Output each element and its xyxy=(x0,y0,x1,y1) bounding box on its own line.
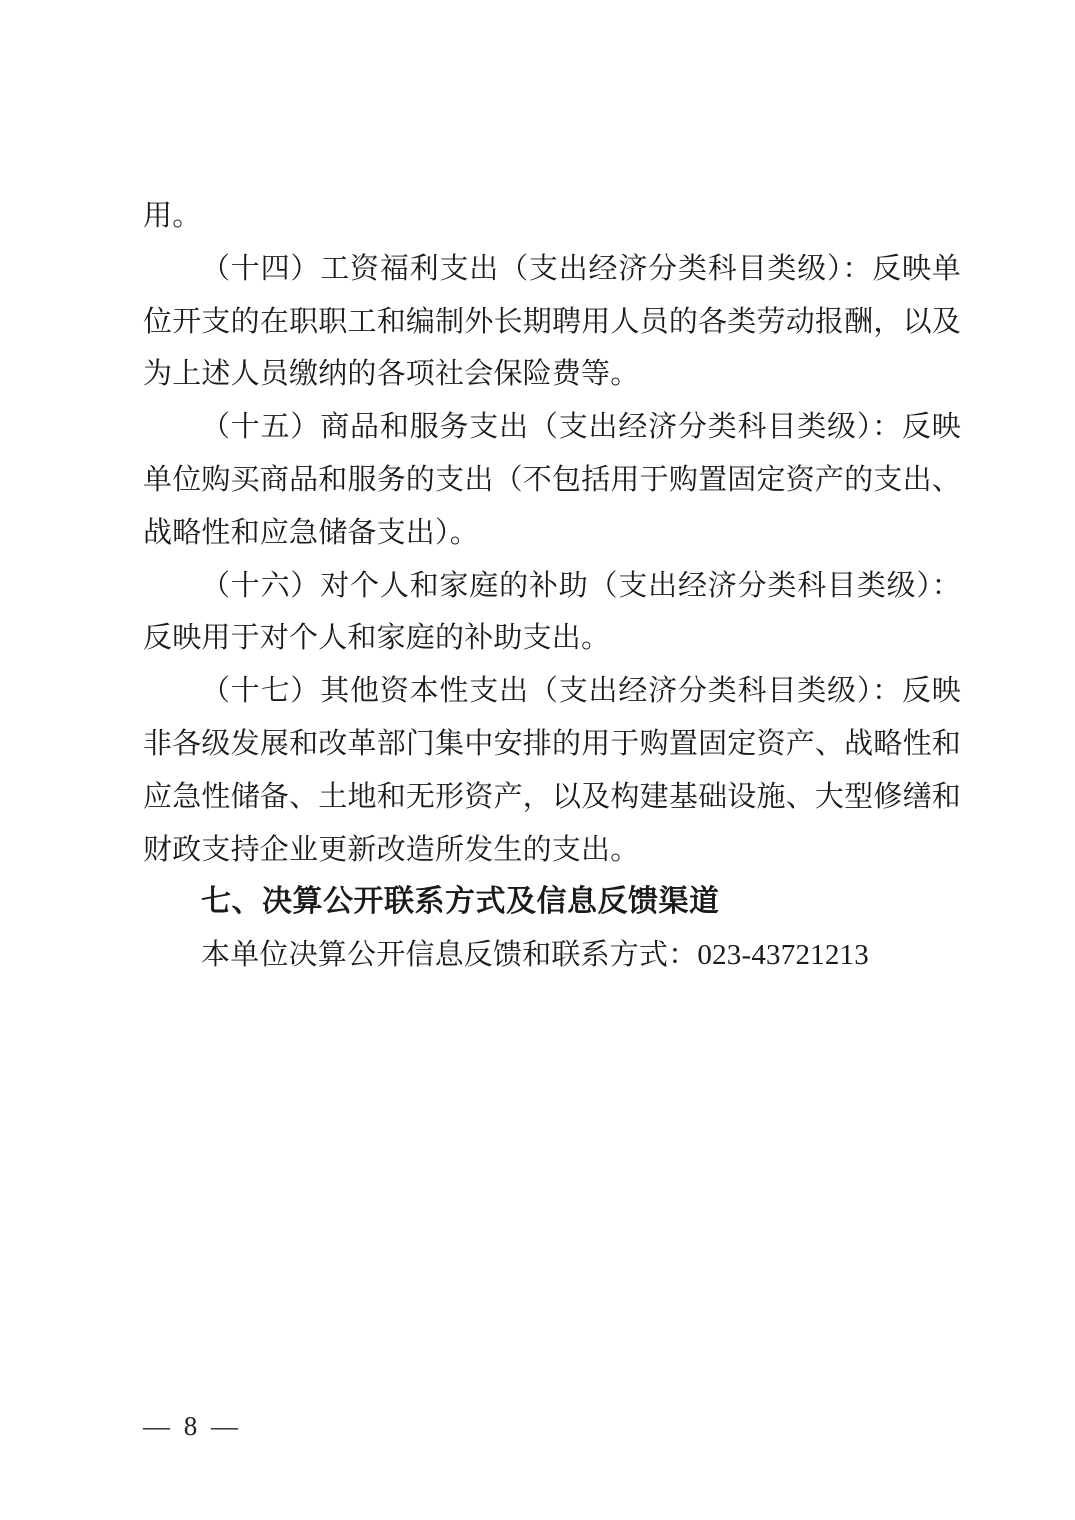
section-7-heading: 七、决算公开联系方式及信息反馈渠道 xyxy=(143,876,961,929)
body-text-line: 战略性和应急储备支出）。 xyxy=(143,507,961,560)
body-text-line: 单位购买商品和服务的支出（不包括用于购置固定资产的支出、 xyxy=(143,454,961,507)
body-text-line: 财政支持企业更新改造所发生的支出。 xyxy=(143,824,961,877)
body-text-line: 为上述人员缴纳的各项社会保险费等。 xyxy=(143,348,961,401)
body-text-line: 反映用于对个人和家庭的补助支出。 xyxy=(143,612,961,665)
body-text-line: 用。 xyxy=(143,190,961,243)
body-text-line: 非各级发展和改革部门集中安排的用于购置固定资产、战略性和 xyxy=(143,718,961,771)
document-body: 用。 （十四）工资福利支出（支出经济分类科目类级）：反映单 位开支的在职职工和编… xyxy=(143,190,961,982)
body-text-line: （十六）对个人和家庭的补助（支出经济分类科目类级）： xyxy=(143,560,961,613)
page-number: — 8 — xyxy=(143,1406,238,1446)
body-text-line: （十七）其他资本性支出（支出经济分类科目类级）：反映 xyxy=(143,665,961,718)
contact-info-line: 本单位决算公开信息反馈和联系方式：023-43721213 xyxy=(143,929,961,982)
body-text-line: （十四）工资福利支出（支出经济分类科目类级）：反映单 xyxy=(143,243,961,296)
body-text-line: 应急性储备、土地和无形资产，以及构建基础设施、大型修缮和 xyxy=(143,771,961,824)
document-page: 用。 （十四）工资福利支出（支出经济分类科目类级）：反映单 位开支的在职职工和编… xyxy=(0,0,1075,1520)
body-text-line: 位开支的在职职工和编制外长期聘用人员的各类劳动报酬，以及 xyxy=(143,296,961,349)
body-text-line: （十五）商品和服务支出（支出经济分类科目类级）：反映 xyxy=(143,401,961,454)
